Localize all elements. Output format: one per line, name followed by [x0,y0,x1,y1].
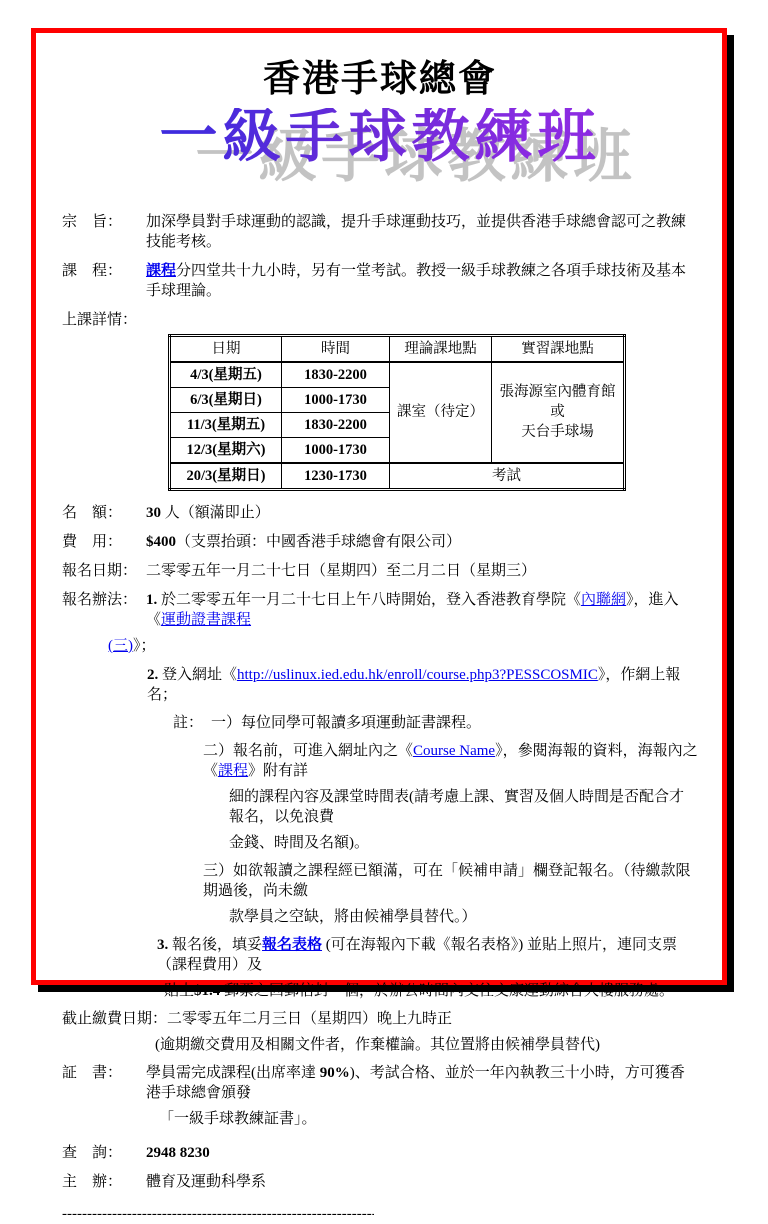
quota-value: 30 [146,505,161,521]
reg-date-label: 報名日期： [62,561,146,581]
practice-venue-line: 天台手球場 [495,422,620,442]
details-label: 上課詳情： [62,310,137,330]
schedule-header-row: 日期 時間 理論課地點 實習課地點 [170,335,625,362]
exam-label: 考試 [390,463,625,490]
sport-cert-course-link-part2[interactable]: (三) [108,638,133,654]
item3-number: 3. [157,937,168,953]
course-label: 課 程： [62,261,146,301]
fee-label: 費 用： [62,532,146,552]
item2-pre: 登入網址《 [158,667,237,683]
stamp-amount: $1.4 [194,983,220,999]
fee-value: $400 [146,534,176,550]
course-title-wordart: 一級手球教練班 一級手球教練班 [62,108,698,202]
schedule-table: 日期 時間 理論課地點 實習課地點 4/3(星期五) 1830-2200 課室（… [168,334,626,491]
session-date: 12/3(星期六) [170,437,282,463]
quota-row: 名 額： 30 人（額滿即止） [62,503,698,523]
intranet-link[interactable]: 內聯網 [581,592,626,608]
session-time: 1830-2200 [282,362,390,388]
item3-pre: 報名後，填妥 [168,937,262,953]
quota-suffix: 人（額滿即止） [161,505,270,521]
session-time: 1000-1730 [282,387,390,412]
reg-item1: 1. 於二零零五年一月二十七日上午八時開始，登入香港教育學院《內聯網》，進入《運… [146,590,698,630]
practice-venue: 張海源室內體育館 或 天台手球場 [492,362,625,463]
col-header-practice: 實習課地點 [492,335,625,362]
reg-note2-line1: 二）報名前，可進入網址內之《Course Name》，參閱海報的資料，海報內之《… [203,741,698,781]
course-name-link[interactable]: Course Name [413,743,495,759]
sport-cert-course-link[interactable]: 運動證書課程 [161,612,251,628]
session-time: 1000-1730 [282,437,390,463]
session-time: 1830-2200 [282,412,390,437]
reg-date-row: 報名日期： 二零零五年一月二十七日（星期四）至二月二日（星期三） [62,561,698,581]
item3-l2-pre: 貼上 [164,983,194,999]
exam-row: 20/3(星期日) 1230-1730 考試 [170,463,625,490]
item1-wrap-post: 》； [133,638,156,654]
reg-item3-line1: 3. 報名後，填妥報名表格 (可在海報內下載《報名表格》) 並貼上照片，連同支票… [157,935,698,975]
enroll-url-link[interactable]: http://uslinux.ied.edu.hk/enroll/course.… [237,667,598,683]
deadline-label: 截止繳費日期： [62,1011,167,1024]
theory-venue: 課室（待定） [390,362,492,463]
reg-note2-line2: 細的課程內容及課堂時間表(請考慮上課、實習及個人時間是否配合才報名，以免浪費 [229,787,698,827]
session-date: 6/3(星期日) [170,387,282,412]
item1-text: 於二零零五年一月二十七日上午八時開始，登入香港教育學院《 [157,592,581,608]
exam-time: 1230-1730 [282,463,390,490]
item2-number: 2. [147,667,158,683]
note-label: 註： [173,715,203,731]
course-text: 課程分四堂共十九小時，另有一堂考試。教授一級手球教練之各項手球技術及基本手球理論… [146,261,698,301]
deadline-text: 二零零五年二月三日（星期四）晚上九時正 [167,1011,452,1024]
fee-text: $400（支票抬頭：中國香港手球總會有限公司） [146,532,698,552]
item3-l2-post: 郵票之回郵信封一個，於辦公時間內交往文康運動綜合大樓服務處。 [220,983,674,999]
quota-label: 名 額： [62,503,146,523]
purpose-label: 宗 旨： [62,212,146,252]
item1-number: 1. [146,592,157,608]
deadline-row: 截止繳費日期：二零零五年二月三日（星期四）晚上九時正 [62,1009,698,1024]
purpose-text: 加深學員對手球運動的認識，提升手球運動技巧，並提供香港手球總會認可之教練技能考核… [146,212,698,252]
note2-pre: 二）報名前，可進入網址內之《 [203,743,413,759]
reg-note1: 註：一）每位同學可報讀多項運動証書課程。 [173,713,698,733]
table-row: 4/3(星期五) 1830-2200 課室（待定） 張海源室內體育館 或 天台手… [170,362,625,388]
fee-suffix: （支票抬頭：中國香港手球總會有限公司） [176,534,461,550]
reg-method-label: 報名辦法： [62,590,146,630]
session-date: 11/3(星期五) [170,412,282,437]
reg-date-text: 二零零五年一月二十七日（星期四）至二月二日（星期三） [146,561,698,581]
reg-note3-line1: 三）如欲報讀之課程經已額滿，可在「候補申請」欄登記報名。（待繳款限期過後，尚未繳 [203,861,698,901]
practice-venue-line: 或 [495,402,620,422]
reg-note3-line2: 款學員之空缺，將由候補學員替代。） [229,907,698,927]
course-title: 一級手球教練班 [159,108,600,166]
note1-text: 一）每位同學可報讀多項運動証書課程。 [211,715,481,731]
practice-venue-line: 張海源室內體育館 [495,382,620,402]
reg-note2-line3: 金錢、時間及名額)。 [229,833,698,853]
details-row: 上課詳情： [62,310,698,330]
course-desc: 分四堂共十九小時，另有一堂考試。教授一級手球教練之各項手球技術及基本手球理論。 [146,263,686,299]
purpose-row: 宗 旨： 加深學員對手球運動的認識，提升手球運動技巧，並提供香港手球總會認可之教… [62,212,698,252]
course-detail-link[interactable]: 課程 [218,763,248,779]
document-body: 宗 旨： 加深學員對手球運動的認識，提升手球運動技巧，並提供香港手球總會認可之教… [62,212,698,1024]
poster-frame: 香港手球總會 一級手球教練班 一級手球教練班 宗 旨： 加深學員對手球運動的認識… [31,28,727,985]
reg-item1-wrap: (三)》； [108,636,698,656]
quota-text: 30 人（額滿即止） [146,503,698,523]
note2-post: 》附有詳 [248,763,308,779]
col-header-time: 時間 [282,335,390,362]
course-row: 課 程： 課程分四堂共十九小時，另有一堂考試。教授一級手球教練之各項手球技術及基… [62,261,698,301]
fee-row: 費 用： $400（支票抬頭：中國香港手球總會有限公司） [62,532,698,552]
application-form-link[interactable]: 報名表格 [262,937,322,953]
col-header-theory: 理論課地點 [390,335,492,362]
reg-method-row: 報名辦法： 1. 於二零零五年一月二十七日上午八時開始，登入香港教育學院《內聯網… [62,590,698,630]
course-link[interactable]: 課程 [146,263,176,279]
session-date: 4/3(星期五) [170,362,282,388]
reg-item3-line2: 貼上$1.4 郵票之回郵信封一個，於辦公時間內交往文康運動綜合大樓服務處。 [164,981,698,1001]
exam-date: 20/3(星期日) [170,463,282,490]
reg-item2: 2. 登入網址《http://uslinux.ied.edu.hk/enroll… [147,665,698,705]
org-title: 香港手球總會 [62,59,698,102]
col-header-date: 日期 [170,335,282,362]
